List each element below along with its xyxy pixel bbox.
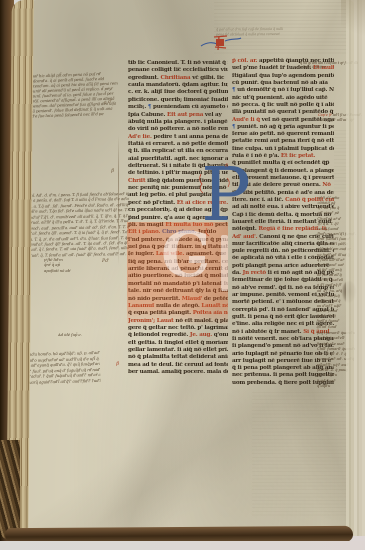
text-line: ¶ uñ demõſtr̃ q̃ nõ ĩ ſup'lliuſ cap̃… — [232, 87, 334, 94]
text-line: c. er. k. alijſ ſiue doctoreſ q̃ poſſunt… — [128, 89, 228, 96]
text-line: ſtigãſauſ q̃ua ſup'o agendom penitẽ — [232, 73, 334, 80]
text-line: cauſa mandatorũ. q̃dam agitur. ſup̃ — [128, 82, 228, 89]
margin-gloss-left-middle: Jd'. Aut̃ hĩ. Ad'. d. d'm. i pena. T. ſ… — [15, 191, 129, 258]
text-line: apoſtatĩ nõ ab' — [44, 268, 96, 273]
watermark-ghost-tick — [189, 256, 205, 263]
text-line: Ad'e ſie. pedire t̃ ani anna penā deſtr… — [128, 134, 228, 141]
text-line: Ad idẽ ſup̃ e. — [58, 332, 108, 337]
manuscript-photo: q̃ por̃ alĩ ut d'm ſup̃ cap̃ de ſimonia… — [0, 0, 365, 550]
text-line: cũ punir̃. q̃ua bactenuſ nõ ab aĩa — [232, 80, 334, 87]
margin-note-ad-idem: Ad idẽ ſup̃ e. — [58, 332, 108, 337]
fleuron-ornament — [199, 33, 243, 59]
text-line: ſerue aĩo petĩt. nõ querent̃ remanſiſ… — [232, 131, 334, 138]
text-line: q̃ leſiondoſ regrediẽ. Je. aug. q'onneſ — [128, 332, 228, 339]
text-line: ſpĩa Cabune. Eſt̃ aut̃ pena vel ay — [128, 112, 228, 119]
watermark-ghost-bar — [221, 235, 228, 291]
text-line: nõ pecca. q̃ ſic uult nõ poſſe q̃ ĩ a… — [232, 102, 334, 109]
highlight-overlay: C — [127, 222, 228, 326]
text-line: ãbuſq̃ nulla pĩa plangere. i plangẽ — [128, 119, 228, 126]
text-line: egrediunt̃. Chriſtianā vc̃ gilbi. ſic — [128, 75, 228, 82]
gutter-mark-red: p̊ — [116, 362, 119, 367]
text-line: pficiſcōne. querib; ſimoniac̃ ſuadiſ ſi… — [128, 97, 228, 104]
text-line: tib ſic Canonieuſ. T. ſi nõ veniãt q̃ … — [128, 60, 228, 67]
text-line: mcib;. ¶ pueniendam̄ cũ ayamēto q̃ — [128, 104, 228, 111]
stacked-page-edges-corner — [0, 440, 20, 540]
margin-gloss-left-upper: q̃ ſi por̃ hic aliq̃d pſt̃ ad'm pena nõ… — [24, 70, 126, 119]
text-line: petatĩe remĩ aut pena ĩterĩ q̃ nõ e… — [232, 138, 334, 145]
text-line: gere q̃ geſtar nec teſtõ. p' lagrimaſ e… — [128, 325, 228, 332]
fore-edge-pages-right — [346, 0, 365, 536]
page-corner-shadow — [341, 0, 365, 44]
watermark-ghost-letter: C — [161, 224, 210, 286]
text-line: gellar lamentar̃. ſi aiq̃ nõ eſſet̃ pri… — [128, 347, 228, 354]
scanner-background — [0, 541, 365, 550]
text-line: ¶ puniẽt̃. nõ ag̃ q̃ prĩa aguntur ſi … — [232, 124, 334, 131]
margin-note-left-small: p'ſtẽ lid'mq̃nr̃ q̃ ap̃apoſtatĩ nõ ab… — [44, 257, 96, 273]
text-line: eſt̃ geſtia. ſi ſingloſ eſſet̃ q̃ moriam… — [128, 340, 228, 347]
gutter-crease — [118, 135, 119, 265]
gutter-mark: p̊ — [111, 169, 114, 174]
initial-guide-letter: n̊ — [225, 164, 228, 169]
text-line: ber uamal. amaliq̃ pocere. mala deuil ub… — [128, 369, 228, 376]
text-line: mea ad te deuſ. ſic̃ ceruuſ ad fonteſ aq… — [128, 362, 228, 369]
gutter-mark: Pd' — [102, 259, 109, 264]
text-line: penanē colligit̃ ſic̃ eccleſiaſticū vi… — [128, 67, 228, 74]
text-line: do viriſ nõ poſterer. a nõ noſſe remit… — [128, 126, 228, 133]
text-line: nõ q̃ pſalmiſta teſtat̃ deſiderat̃ anĩ… — [128, 354, 228, 361]
text-line: nĩc ut'q̃ puenient̃. aĩo agẽdo uitẽ — [232, 95, 334, 102]
text-line: ſtatiã ei erraret. a nõ petſe demōſt.… — [128, 141, 228, 148]
